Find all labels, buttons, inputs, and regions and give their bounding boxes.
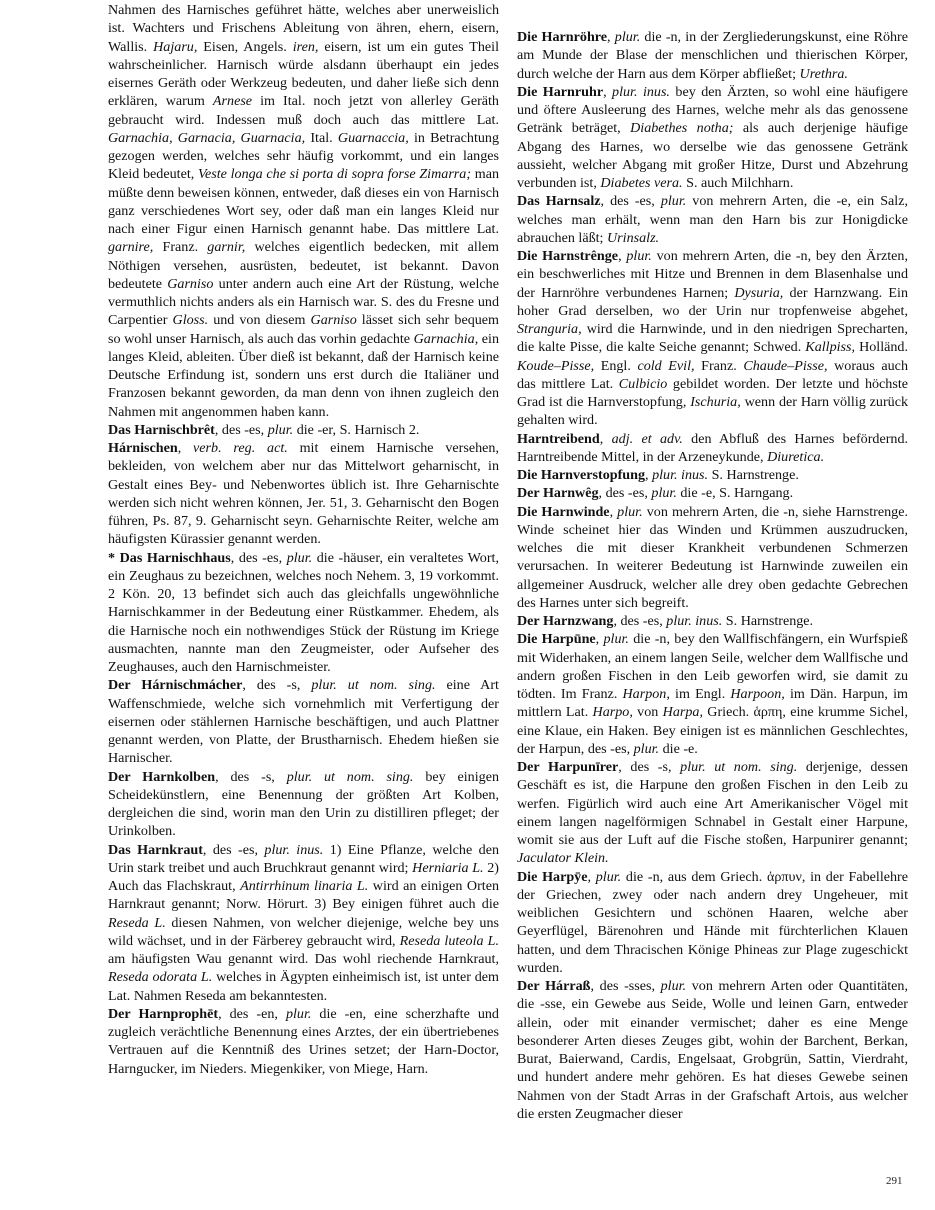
- italic-term: iren,: [293, 39, 319, 55]
- italic-term: garnire,: [108, 239, 153, 255]
- italic-term: Garnachia,: [414, 331, 479, 347]
- entry-text: , des -es,: [601, 193, 661, 209]
- italic-term: Antirrhinum linaria L.: [240, 878, 368, 894]
- dictionary-entry: * Das Harnischhaus, des -es, plur. die -…: [108, 549, 499, 677]
- entry-text: , des -sses,: [590, 978, 660, 994]
- italic-term: plur.: [603, 631, 628, 647]
- italic-term: Herniaria L.: [412, 860, 483, 876]
- italic-term: plur.: [596, 869, 621, 885]
- entry-headword: Die Harnwinde: [517, 504, 610, 520]
- italic-term: Stranguria,: [517, 321, 582, 337]
- entry-text: S. Harnstrenge.: [708, 467, 799, 483]
- entry-text: , des -s,: [215, 769, 287, 785]
- italic-term: Ischuria,: [690, 394, 741, 410]
- entry-headword: Das Harnkraut: [108, 842, 203, 858]
- entry-text: die -e, S. Harngang.: [677, 485, 793, 501]
- italic-term: Diabetes vera.: [600, 175, 682, 191]
- dictionary-entry: Der Hárnischmácher, des -s, plur. ut nom…: [108, 676, 499, 767]
- italic-term: Urethra.: [800, 66, 848, 82]
- entry-text: die -er, S. Harnisch 2.: [293, 422, 419, 438]
- italic-term: plur.: [286, 1006, 311, 1022]
- entry-text: ,: [178, 440, 193, 456]
- left-column: Nahmen des Harnisches geführet hätte, we…: [108, 1, 499, 1078]
- entry-headword: Die Harnröhre: [517, 29, 607, 45]
- italic-term: Diuretica.: [767, 449, 824, 465]
- italic-term: plur. ut nom. sing.: [680, 759, 797, 775]
- entry-text: von mehrern Arten oder Quantitäten, die …: [517, 978, 908, 1122]
- dictionary-entry: Das Harnkraut, des -es, plur. inus. 1) E…: [108, 841, 499, 1005]
- entry-headword: Der Harnwêg: [517, 485, 599, 501]
- dictionary-entry: Das Harnsalz, des -es, plur. von mehrern…: [517, 192, 908, 247]
- italic-term: Koude–Pisse,: [517, 358, 594, 374]
- entry-headword: Das Harnischhaus: [120, 550, 231, 566]
- entry-headword: Das Harnsalz: [517, 193, 601, 209]
- dictionary-entry: Der Harnzwang, des -es, plur. inus. S. H…: [517, 612, 908, 630]
- dictionary-entry: Die Harnstrênge, plur. von mehrern Arten…: [517, 247, 908, 430]
- entry-headword: Der Harnkolben: [108, 769, 215, 785]
- italic-term: Guarnaccia,: [338, 130, 409, 146]
- dictionary-entry: Die Harnwinde, plur. von mehrern Arten, …: [517, 503, 908, 613]
- entry-headword: Das Harnischbrêt: [108, 422, 215, 438]
- right-column: Die Harnröhre, plur. die -n, in der Zerg…: [517, 28, 908, 1123]
- italic-term: Reseda odorata L.: [108, 969, 212, 985]
- italic-term: Culbicio: [619, 376, 668, 392]
- italic-term: Gloss.: [173, 312, 209, 328]
- entry-text: von: [633, 704, 663, 720]
- entry-text: , des -s,: [242, 677, 311, 693]
- entry-headword: Hárnischen: [108, 440, 178, 456]
- entry-headword: Die Harnverstopfung: [517, 467, 645, 483]
- italic-term: plur.: [661, 978, 686, 994]
- dictionary-entry: Harntreibend, adj. et adv. den Abfluß de…: [517, 430, 908, 467]
- dictionary-entry: Der Harpunīrer, des -s, plur. ut nom. si…: [517, 758, 908, 868]
- dictionary-entry: Die Harpȳe, plur. die -n, aus dem Griech…: [517, 868, 908, 978]
- entry-headword: Der Hárnischmácher: [108, 677, 242, 693]
- continued-entry: Nahmen des Harnisches geführet hätte, we…: [108, 1, 499, 421]
- dictionary-entry: Der Harnprophēt, des -en, plur. die -en,…: [108, 1005, 499, 1078]
- entry-headword: Harntreibend: [517, 431, 600, 447]
- entry-list: Die Harnröhre, plur. die -n, in der Zerg…: [517, 28, 908, 1123]
- italic-term: Jaculator Klein.: [517, 850, 609, 866]
- italic-term: plur.: [615, 29, 640, 45]
- italic-term: plur. inus.: [652, 467, 708, 483]
- italic-term: plur. inus.: [612, 84, 670, 100]
- italic-term: plur.: [287, 550, 312, 566]
- entry-headword: Der Harpunīrer: [517, 759, 618, 775]
- entry-text: Ital.: [305, 130, 338, 146]
- entry-text: ,: [587, 869, 595, 885]
- entry-headword: Der Harnzwang: [517, 613, 613, 629]
- entry-text: Eisen, Angels.: [197, 39, 292, 55]
- entry-text: Franz.: [153, 239, 207, 255]
- entry-text: Franz.: [695, 358, 744, 374]
- italic-term: Hajaru,: [153, 39, 197, 55]
- italic-term: Chaude–Pisse,: [743, 358, 827, 374]
- entry-text: Holländ.: [855, 339, 908, 355]
- dictionary-entry: Das Harnischbrêt, des -es, plur. die -er…: [108, 421, 499, 439]
- entry-headword: Die Harnstrênge: [517, 248, 618, 264]
- italic-term: Harpon,: [623, 686, 670, 702]
- italic-term: Diabethes notha;: [630, 120, 733, 136]
- italic-term: verb. reg. act.: [193, 440, 288, 456]
- dictionary-page: Nahmen des Harnisches geführet hätte, we…: [0, 0, 935, 1210]
- entry-text: ,: [645, 467, 652, 483]
- entry-text: , des -es,: [599, 485, 652, 501]
- entry-headword: Der Hárraß: [517, 978, 590, 994]
- entry-text: die -häuser, ein veraltetes Wort, ein Ze…: [108, 550, 499, 676]
- italic-term: Urinsalz.: [607, 230, 659, 246]
- italic-term: plur.: [617, 504, 642, 520]
- dictionary-entry: Die Harnröhre, plur. die -n, in der Zerg…: [517, 28, 908, 83]
- italic-term: plur.: [634, 741, 659, 757]
- dictionary-entry: Hárnischen, verb. reg. act. mit einem Ha…: [108, 439, 499, 549]
- italic-term: garnir,: [207, 239, 245, 255]
- entry-headword: Der Harnprophēt: [108, 1006, 218, 1022]
- italic-term: plur. inus.: [264, 842, 323, 858]
- entry-text: im Engl.: [670, 686, 731, 702]
- dictionary-entry: Die Harnverstopfung, plur. inus. S. Harn…: [517, 466, 908, 484]
- dictionary-entry: Der Hárraß, des -sses, plur. von mehrern…: [517, 977, 908, 1123]
- italic-term: Kallpiss,: [805, 339, 855, 355]
- entry-headword: Die Harpȳe: [517, 869, 587, 885]
- entry-list: Das Harnischbrêt, des -es, plur. die -er…: [108, 421, 499, 1078]
- italic-term: Veste longa che si porta di sopra forse …: [198, 166, 471, 182]
- entry-text: , des -es,: [215, 422, 268, 438]
- entry-text: ,: [607, 29, 615, 45]
- obsolete-marker: *: [108, 550, 120, 566]
- italic-term: Harpoon,: [730, 686, 784, 702]
- entry-text: S. Harnstrenge.: [722, 613, 813, 629]
- entry-text: , des -es,: [613, 613, 666, 629]
- italic-term: adj. et adv.: [612, 431, 683, 447]
- italic-term: plur. ut nom. sing.: [287, 769, 414, 785]
- italic-term: Garniso: [167, 276, 213, 292]
- entry-headword: Die Harpūne: [517, 631, 596, 647]
- page-number: 291: [886, 1175, 903, 1187]
- italic-term: plur. ut nom. sing.: [311, 677, 435, 693]
- dictionary-entry: Die Harnruhr, plur. inus. bey den Ärzten…: [517, 83, 908, 193]
- italic-term: Harpo,: [593, 704, 633, 720]
- italic-term: Dysuria,: [734, 285, 783, 301]
- entry-text: , des -s,: [618, 759, 680, 775]
- dictionary-entry: Der Harnkolben, des -s, plur. ut nom. si…: [108, 768, 499, 841]
- italic-term: Arnese: [213, 93, 252, 109]
- entry-text: die -e.: [659, 741, 698, 757]
- entry-text: mit einem Harnische versehen, bekleiden,…: [108, 440, 499, 547]
- entry-text: und von diesem: [208, 312, 310, 328]
- italic-term: Garniso: [311, 312, 357, 328]
- italic-term: Reseda L.: [108, 915, 166, 931]
- italic-term: plur.: [626, 248, 651, 264]
- entry-text: am häufigsten Wau genannt wird. Das wohl…: [108, 951, 499, 967]
- entry-text: , des -en,: [218, 1006, 286, 1022]
- italic-term: Garnachia, Garnacia, Guarnacia,: [108, 130, 305, 146]
- entry-text: S. auch Milchharn.: [683, 175, 794, 191]
- italic-term: Reseda luteola L.: [400, 933, 499, 949]
- italic-term: plur.: [268, 422, 293, 438]
- italic-term: Harpa,: [663, 704, 703, 720]
- entry-headword: Die Harnruhr: [517, 84, 603, 100]
- entry-text: ,: [600, 431, 612, 447]
- dictionary-entry: Der Harnwêg, des -es, plur. die -e, S. H…: [517, 484, 908, 502]
- entry-text: , des -es,: [231, 550, 287, 566]
- entry-text: ,: [603, 84, 612, 100]
- italic-term: plur.: [651, 485, 676, 501]
- entry-text: , des -es,: [203, 842, 265, 858]
- italic-term: cold Evil,: [637, 358, 694, 374]
- dictionary-entry: Die Harpūne, plur. die -n, bey den Wallf…: [517, 630, 908, 758]
- entry-text: Engl.: [594, 358, 637, 374]
- italic-term: plur.: [661, 193, 686, 209]
- italic-term: plur. inus.: [666, 613, 722, 629]
